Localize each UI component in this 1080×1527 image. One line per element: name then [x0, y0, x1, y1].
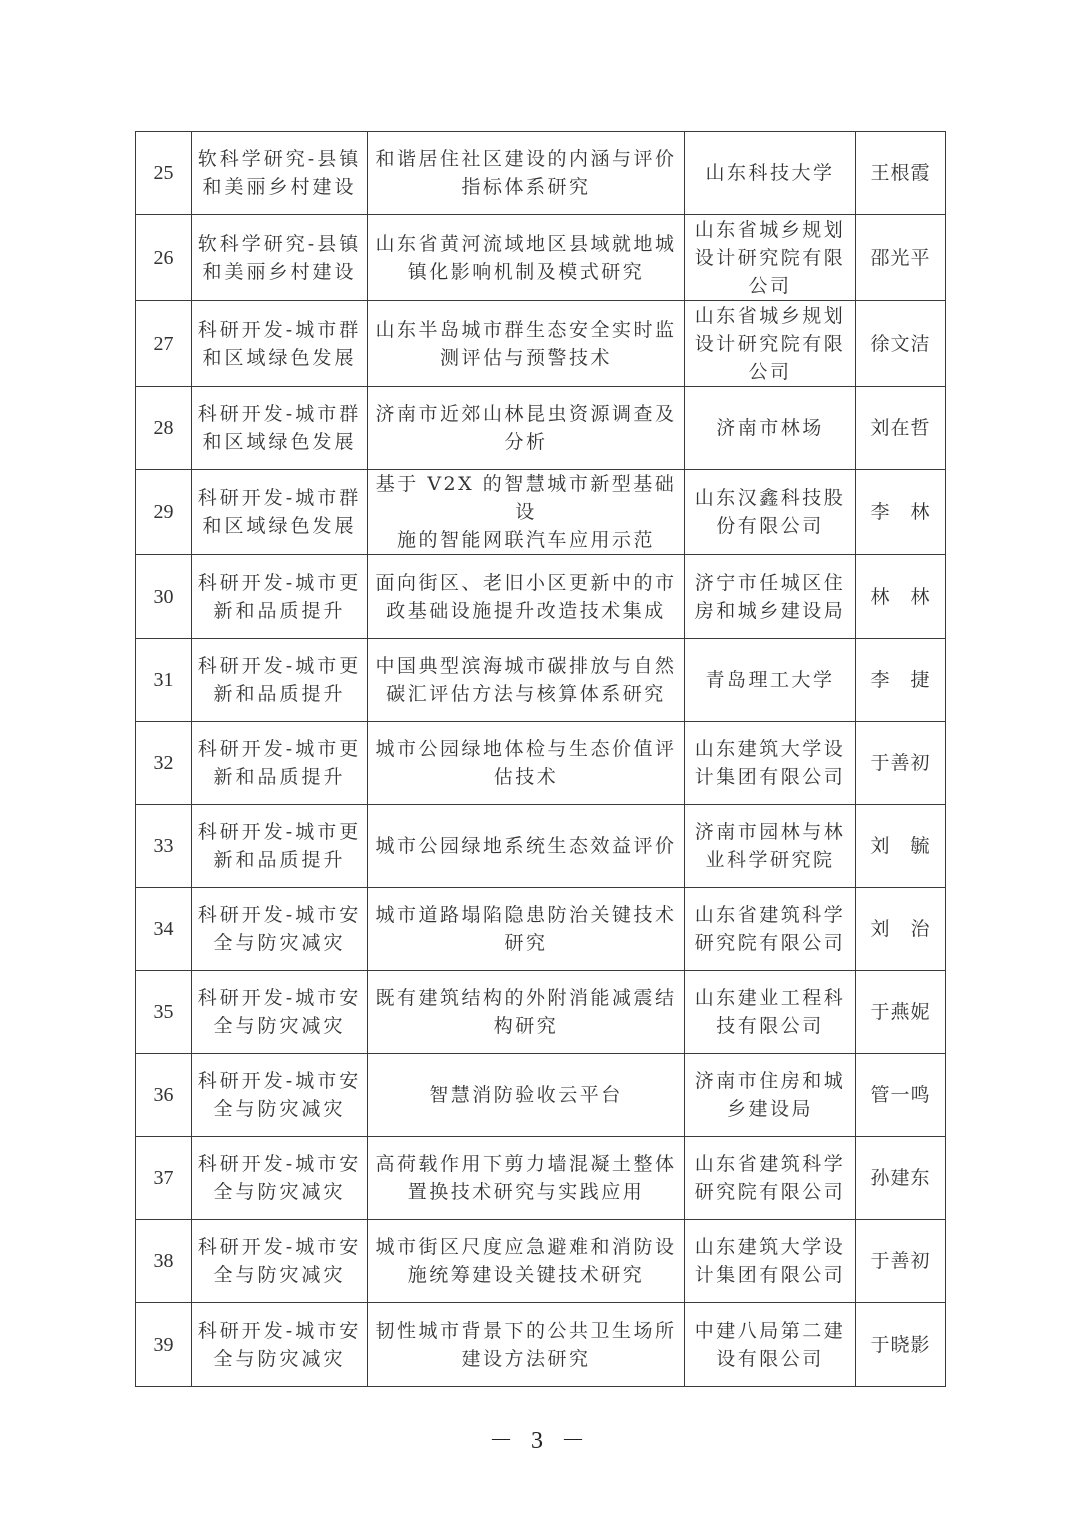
leader-cell-text: 孙建东 [858, 1164, 943, 1192]
leader-cell: 林 林 [856, 555, 946, 639]
project-name-cell: 韧性城市背景下的公共卫生场所 建设方法研究 [368, 1303, 685, 1387]
organization-cell: 山东省城乡规划 设计研究院有限 公司 [685, 301, 856, 387]
row-number-cell-text: 33 [140, 832, 187, 860]
table-row: 28科研开发-城市群 和区域绿色发展济南市近郊山林昆虫资源调查及 分析济南市林场… [136, 387, 946, 470]
project-name-cell-text: 既有建筑结构的外附消能减震结 构研究 [372, 984, 680, 1040]
row-number-cell: 32 [136, 722, 192, 805]
organization-cell: 山东汉鑫科技股 份有限公司 [685, 470, 856, 555]
leader-cell: 徐文洁 [856, 301, 946, 387]
project-name-cell-text: 山东半岛城市群生态安全实时监 测评估与预警技术 [372, 316, 680, 372]
category-cell-text: 科研开发-城市安 全与防灾减灾 [194, 1233, 365, 1289]
leader-cell: 李 林 [856, 470, 946, 555]
row-number-cell: 38 [136, 1220, 192, 1303]
organization-cell-text: 济宁市任城区住 房和城乡建设局 [691, 569, 849, 625]
page-number: － 3 － [0, 1420, 1080, 1455]
project-name-cell: 山东省黄河流域地区县域就地城 镇化影响机制及模式研究 [368, 215, 685, 301]
category-cell-text: 软科学研究-县镇 和美丽乡村建设 [194, 230, 365, 286]
category-cell: 科研开发-城市更 新和品质提升 [192, 722, 368, 805]
category-cell-text: 科研开发-城市群 和区域绿色发展 [194, 484, 365, 540]
row-number-cell: 25 [136, 132, 192, 215]
row-number-cell: 33 [136, 805, 192, 888]
category-cell: 科研开发-城市安 全与防灾减灾 [192, 1303, 368, 1387]
category-cell: 科研开发-城市更 新和品质提升 [192, 805, 368, 888]
leader-cell-text: 刘在哲 [858, 414, 943, 442]
table-row: 35科研开发-城市安 全与防灾减灾既有建筑结构的外附消能减震结 构研究山东建业工… [136, 971, 946, 1054]
project-name-cell: 面向街区、老旧小区更新中的市 政基础设施提升改造技术集成 [368, 555, 685, 639]
table-row: 27科研开发-城市群 和区域绿色发展山东半岛城市群生态安全实时监 测评估与预警技… [136, 301, 946, 387]
leader-cell-text: 邵光平 [858, 244, 943, 272]
project-table: 25软科学研究-县镇 和美丽乡村建设和谐居住社区建设的内涵与评价 指标体系研究山… [135, 131, 946, 1387]
leader-cell-text: 于善初 [858, 749, 943, 777]
leader-cell-text: 李 林 [858, 498, 943, 526]
row-number-cell-text: 39 [140, 1331, 187, 1359]
row-number-cell-text: 30 [140, 583, 187, 611]
row-number-cell: 27 [136, 301, 192, 387]
category-cell: 科研开发-城市群 和区域绿色发展 [192, 301, 368, 387]
project-name-cell-text: 城市公园绿地体检与生态价值评 估技术 [372, 735, 680, 791]
organization-cell-text: 山东汉鑫科技股 份有限公司 [691, 484, 849, 540]
project-name-cell: 中国典型滨海城市碳排放与自然 碳汇评估方法与核算体系研究 [368, 639, 685, 722]
leader-cell: 李 捷 [856, 639, 946, 722]
row-number-cell-text: 31 [140, 666, 187, 694]
category-cell: 科研开发-城市安 全与防灾减灾 [192, 1220, 368, 1303]
table-row: 32科研开发-城市更 新和品质提升城市公园绿地体检与生态价值评 估技术山东建筑大… [136, 722, 946, 805]
category-cell-text: 科研开发-城市更 新和品质提升 [194, 569, 365, 625]
project-name-cell-text: 智慧消防验收云平台 [372, 1081, 680, 1109]
leader-cell: 管一鸣 [856, 1054, 946, 1137]
leader-cell-text: 于善初 [858, 1247, 943, 1275]
organization-cell-text: 济南市园林与林 业科学研究院 [691, 818, 849, 874]
leader-cell-text: 于晓影 [858, 1331, 943, 1359]
organization-cell-text: 济南市住房和城 乡建设局 [691, 1067, 849, 1123]
organization-cell-text: 山东省城乡规划 设计研究院有限 公司 [691, 216, 849, 300]
project-name-cell-text: 基于 V2X 的智慧城市新型基础设 施的智能网联汽车应用示范 [372, 470, 680, 554]
project-name-cell-text: 城市道路塌陷隐患防治关键技术 研究 [372, 901, 680, 957]
project-name-cell: 城市公园绿地系统生态效益评价 [368, 805, 685, 888]
leader-cell: 于善初 [856, 722, 946, 805]
category-cell: 科研开发-城市安 全与防灾减灾 [192, 888, 368, 971]
organization-cell-text: 山东科技大学 [691, 159, 849, 187]
leader-cell: 王根霞 [856, 132, 946, 215]
project-name-cell-text: 韧性城市背景下的公共卫生场所 建设方法研究 [372, 1317, 680, 1373]
leader-cell: 刘 毓 [856, 805, 946, 888]
project-name-cell: 既有建筑结构的外附消能减震结 构研究 [368, 971, 685, 1054]
organization-cell: 山东省建筑科学 研究院有限公司 [685, 1137, 856, 1220]
organization-cell: 中建八局第二建 设有限公司 [685, 1303, 856, 1387]
leader-cell: 于晓影 [856, 1303, 946, 1387]
table-row: 39科研开发-城市安 全与防灾减灾韧性城市背景下的公共卫生场所 建设方法研究中建… [136, 1303, 946, 1387]
project-name-cell: 基于 V2X 的智慧城市新型基础设 施的智能网联汽车应用示范 [368, 470, 685, 555]
table-row: 31科研开发-城市更 新和品质提升中国典型滨海城市碳排放与自然 碳汇评估方法与核… [136, 639, 946, 722]
organization-cell: 山东建筑大学设 计集团有限公司 [685, 1220, 856, 1303]
project-name-cell: 山东半岛城市群生态安全实时监 测评估与预警技术 [368, 301, 685, 387]
category-cell: 科研开发-城市安 全与防灾减灾 [192, 1137, 368, 1220]
project-name-cell: 智慧消防验收云平台 [368, 1054, 685, 1137]
row-number-cell: 28 [136, 387, 192, 470]
category-cell: 科研开发-城市群 和区域绿色发展 [192, 387, 368, 470]
row-number-cell: 35 [136, 971, 192, 1054]
project-name-cell: 高荷载作用下剪力墙混凝土整体 置换技术研究与实践应用 [368, 1137, 685, 1220]
category-cell-text: 科研开发-城市更 新和品质提升 [194, 818, 365, 874]
project-name-cell-text: 山东省黄河流域地区县域就地城 镇化影响机制及模式研究 [372, 230, 680, 286]
category-cell-text: 科研开发-城市安 全与防灾减灾 [194, 1150, 365, 1206]
organization-cell: 山东建筑大学设 计集团有限公司 [685, 722, 856, 805]
project-table-body: 25软科学研究-县镇 和美丽乡村建设和谐居住社区建设的内涵与评价 指标体系研究山… [136, 132, 946, 1387]
table-row: 34科研开发-城市安 全与防灾减灾城市道路塌陷隐患防治关键技术 研究山东省建筑科… [136, 888, 946, 971]
document-page: 25软科学研究-县镇 和美丽乡村建设和谐居住社区建设的内涵与评价 指标体系研究山… [0, 0, 1080, 1527]
leader-cell: 于燕妮 [856, 971, 946, 1054]
row-number-cell-text: 36 [140, 1081, 187, 1109]
leader-cell: 刘 治 [856, 888, 946, 971]
row-number-cell: 26 [136, 215, 192, 301]
row-number-cell: 34 [136, 888, 192, 971]
project-name-cell-text: 和谐居住社区建设的内涵与评价 指标体系研究 [372, 145, 680, 201]
row-number-cell: 39 [136, 1303, 192, 1387]
row-number-cell-text: 25 [140, 159, 187, 187]
row-number-cell-text: 29 [140, 498, 187, 526]
project-name-cell: 城市道路塌陷隐患防治关键技术 研究 [368, 888, 685, 971]
leader-cell: 邵光平 [856, 215, 946, 301]
project-name-cell: 济南市近郊山林昆虫资源调查及 分析 [368, 387, 685, 470]
leader-cell: 刘在哲 [856, 387, 946, 470]
organization-cell: 青岛理工大学 [685, 639, 856, 722]
project-name-cell-text: 中国典型滨海城市碳排放与自然 碳汇评估方法与核算体系研究 [372, 652, 680, 708]
leader-cell-text: 李 捷 [858, 666, 943, 694]
row-number-cell: 37 [136, 1137, 192, 1220]
organization-cell: 济南市住房和城 乡建设局 [685, 1054, 856, 1137]
organization-cell: 山东省建筑科学 研究院有限公司 [685, 888, 856, 971]
leader-cell-text: 林 林 [858, 583, 943, 611]
category-cell: 科研开发-城市更 新和品质提升 [192, 555, 368, 639]
category-cell-text: 科研开发-城市更 新和品质提升 [194, 652, 365, 708]
row-number-cell: 30 [136, 555, 192, 639]
organization-cell: 山东省城乡规划 设计研究院有限 公司 [685, 215, 856, 301]
organization-cell-text: 山东省建筑科学 研究院有限公司 [691, 1150, 849, 1206]
row-number-cell-text: 37 [140, 1164, 187, 1192]
row-number-cell-text: 38 [140, 1247, 187, 1275]
project-name-cell-text: 面向街区、老旧小区更新中的市 政基础设施提升改造技术集成 [372, 569, 680, 625]
table-row: 38科研开发-城市安 全与防灾减灾城市街区尺度应急避难和消防设 施统筹建设关键技… [136, 1220, 946, 1303]
category-cell: 软科学研究-县镇 和美丽乡村建设 [192, 215, 368, 301]
category-cell-text: 科研开发-城市安 全与防灾减灾 [194, 901, 365, 957]
leader-cell-text: 管一鸣 [858, 1081, 943, 1109]
category-cell-text: 科研开发-城市群 和区域绿色发展 [194, 316, 365, 372]
category-cell: 软科学研究-县镇 和美丽乡村建设 [192, 132, 368, 215]
organization-cell: 济宁市任城区住 房和城乡建设局 [685, 555, 856, 639]
row-number-cell-text: 26 [140, 244, 187, 272]
organization-cell: 济南市园林与林 业科学研究院 [685, 805, 856, 888]
leader-cell-text: 于燕妮 [858, 998, 943, 1026]
organization-cell-text: 山东建筑大学设 计集团有限公司 [691, 1233, 849, 1289]
organization-cell: 山东科技大学 [685, 132, 856, 215]
category-cell-text: 科研开发-城市群 和区域绿色发展 [194, 400, 365, 456]
category-cell-text: 科研开发-城市安 全与防灾减灾 [194, 1317, 365, 1373]
row-number-cell-text: 32 [140, 749, 187, 777]
table-row: 36科研开发-城市安 全与防灾减灾智慧消防验收云平台济南市住房和城 乡建设局管一… [136, 1054, 946, 1137]
category-cell: 科研开发-城市安 全与防灾减灾 [192, 971, 368, 1054]
organization-cell-text: 济南市林场 [691, 414, 849, 442]
project-name-cell: 城市公园绿地体检与生态价值评 估技术 [368, 722, 685, 805]
row-number-cell: 36 [136, 1054, 192, 1137]
table-row: 37科研开发-城市安 全与防灾减灾高荷载作用下剪力墙混凝土整体 置换技术研究与实… [136, 1137, 946, 1220]
project-name-cell-text: 城市街区尺度应急避难和消防设 施统筹建设关键技术研究 [372, 1233, 680, 1289]
table-row: 26软科学研究-县镇 和美丽乡村建设山东省黄河流域地区县域就地城 镇化影响机制及… [136, 215, 946, 301]
project-name-cell: 城市街区尺度应急避难和消防设 施统筹建设关键技术研究 [368, 1220, 685, 1303]
organization-cell-text: 中建八局第二建 设有限公司 [691, 1317, 849, 1373]
organization-cell: 济南市林场 [685, 387, 856, 470]
organization-cell-text: 山东建业工程科 技有限公司 [691, 984, 849, 1040]
leader-cell: 孙建东 [856, 1137, 946, 1220]
organization-cell-text: 青岛理工大学 [691, 666, 849, 694]
category-cell: 科研开发-城市群 和区域绿色发展 [192, 470, 368, 555]
row-number-cell-text: 34 [140, 915, 187, 943]
category-cell-text: 科研开发-城市更 新和品质提升 [194, 735, 365, 791]
category-cell: 科研开发-城市安 全与防灾减灾 [192, 1054, 368, 1137]
project-name-cell-text: 济南市近郊山林昆虫资源调查及 分析 [372, 400, 680, 456]
row-number-cell-text: 27 [140, 330, 187, 358]
leader-cell-text: 刘 治 [858, 915, 943, 943]
organization-cell-text: 山东省城乡规划 设计研究院有限 公司 [691, 302, 849, 386]
table-row: 33科研开发-城市更 新和品质提升城市公园绿地系统生态效益评价济南市园林与林 业… [136, 805, 946, 888]
category-cell: 科研开发-城市更 新和品质提升 [192, 639, 368, 722]
leader-cell-text: 王根霞 [858, 159, 943, 187]
leader-cell-text: 徐文洁 [858, 330, 943, 358]
organization-cell-text: 山东建筑大学设 计集团有限公司 [691, 735, 849, 791]
row-number-cell-text: 28 [140, 414, 187, 442]
row-number-cell: 29 [136, 470, 192, 555]
row-number-cell-text: 35 [140, 998, 187, 1026]
leader-cell-text: 刘 毓 [858, 832, 943, 860]
table-row: 30科研开发-城市更 新和品质提升面向街区、老旧小区更新中的市 政基础设施提升改… [136, 555, 946, 639]
project-name-cell: 和谐居住社区建设的内涵与评价 指标体系研究 [368, 132, 685, 215]
table-row: 29科研开发-城市群 和区域绿色发展基于 V2X 的智慧城市新型基础设 施的智能… [136, 470, 946, 555]
organization-cell: 山东建业工程科 技有限公司 [685, 971, 856, 1054]
project-name-cell-text: 城市公园绿地系统生态效益评价 [372, 832, 680, 860]
row-number-cell: 31 [136, 639, 192, 722]
organization-cell-text: 山东省建筑科学 研究院有限公司 [691, 901, 849, 957]
category-cell-text: 科研开发-城市安 全与防灾减灾 [194, 1067, 365, 1123]
category-cell-text: 科研开发-城市安 全与防灾减灾 [194, 984, 365, 1040]
category-cell-text: 软科学研究-县镇 和美丽乡村建设 [194, 145, 365, 201]
leader-cell: 于善初 [856, 1220, 946, 1303]
table-row: 25软科学研究-县镇 和美丽乡村建设和谐居住社区建设的内涵与评价 指标体系研究山… [136, 132, 946, 215]
project-name-cell-text: 高荷载作用下剪力墙混凝土整体 置换技术研究与实践应用 [372, 1150, 680, 1206]
